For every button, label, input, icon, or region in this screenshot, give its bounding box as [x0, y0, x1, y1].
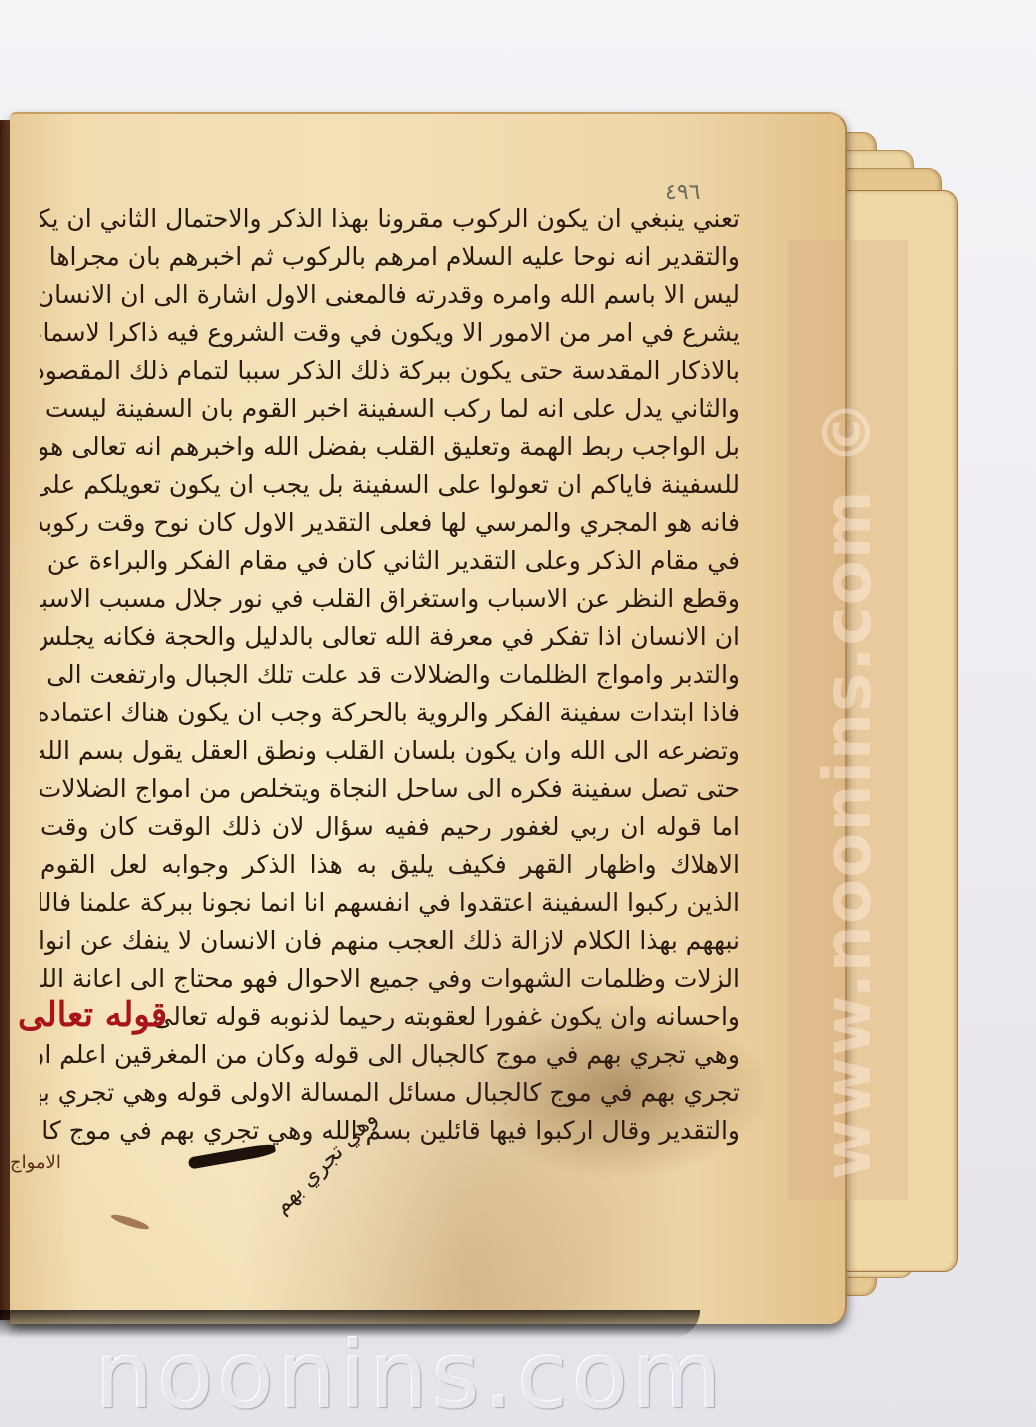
- text-line: ان الانسان اذا تفكر في معرفة الله تعالى …: [40, 618, 740, 656]
- red-rubric-heading: قوله تعالى: [18, 995, 167, 1035]
- text-line: يشرع في امر من الامور الا ويكون في وقت ا…: [40, 314, 740, 352]
- text-line: نبههم بهذا الكلام لازالة ذلك العجب منهم …: [40, 922, 740, 960]
- text-line: تجري بهم في موج كالجبال مسائل المسالة ال…: [40, 1074, 740, 1112]
- text-line: في مقام الذكر وعلى التقدير الثاني كان في…: [40, 542, 740, 580]
- text-line: ليس الا باسم الله وامره وقدرته فالمعنى ا…: [40, 276, 740, 314]
- text-line: حتى تصل سفينة فكره الى ساحل النجاة ويتخل…: [40, 770, 740, 808]
- text-line: بل الواجب ربط الهمة وتعليق القلب بفضل ال…: [40, 428, 740, 466]
- text-line: بالاذكار المقدسة حتى يكون ببركة ذلك الذك…: [40, 352, 740, 390]
- text-line: وهي تجري بهم في موج كالجبال الى قوله وكا…: [40, 1036, 740, 1074]
- text-line: والتقدير انه نوحا عليه السلام امرهم بالر…: [40, 238, 740, 276]
- text-line: وتضرعه الى الله وان يكون بلسان القلب ونط…: [40, 732, 740, 770]
- text-line: فاذا ابتدات سفينة الفكر والروية بالحركة …: [40, 694, 740, 732]
- text-line: الاهلاك واظهار القهر فكيف يليق به هذا ال…: [40, 846, 740, 884]
- text-line: الزلات وظلمات الشهوات وفي جميع الاحوال ف…: [40, 960, 740, 998]
- text-line: والثاني يدل على انه لما ركب السفينة اخبر…: [40, 390, 740, 428]
- text-line: والتقدير وقال اركبوا فيها قائلين بسم الل…: [40, 1112, 740, 1150]
- text-line: للسفينة فاياكم ان تعولوا على السفينة بل …: [40, 466, 740, 504]
- margin-note: الامواج: [10, 1152, 61, 1173]
- text-line: والتدبر وامواج الظلمات والضلالات قد علت …: [40, 656, 740, 694]
- text-line: تعني ينبغي ان يكون الركوب مقرونا بهذا ال…: [40, 200, 740, 238]
- text-line: الذين ركبوا السفينة اعتقدوا في انفسهم ان…: [40, 884, 740, 922]
- bottom-watermark: noonins.com: [95, 1322, 726, 1427]
- text-line: وقطع النظر عن الاسباب واستغراق القلب في …: [40, 580, 740, 618]
- text-line: اما قوله ان ربي لغفور رحيم ففيه سؤال لان…: [40, 808, 740, 846]
- text-line: فانه هو المجري والمرسي لها فعلى التقدير …: [40, 504, 740, 542]
- vertical-watermark: www.noonins.com ©: [788, 240, 908, 1200]
